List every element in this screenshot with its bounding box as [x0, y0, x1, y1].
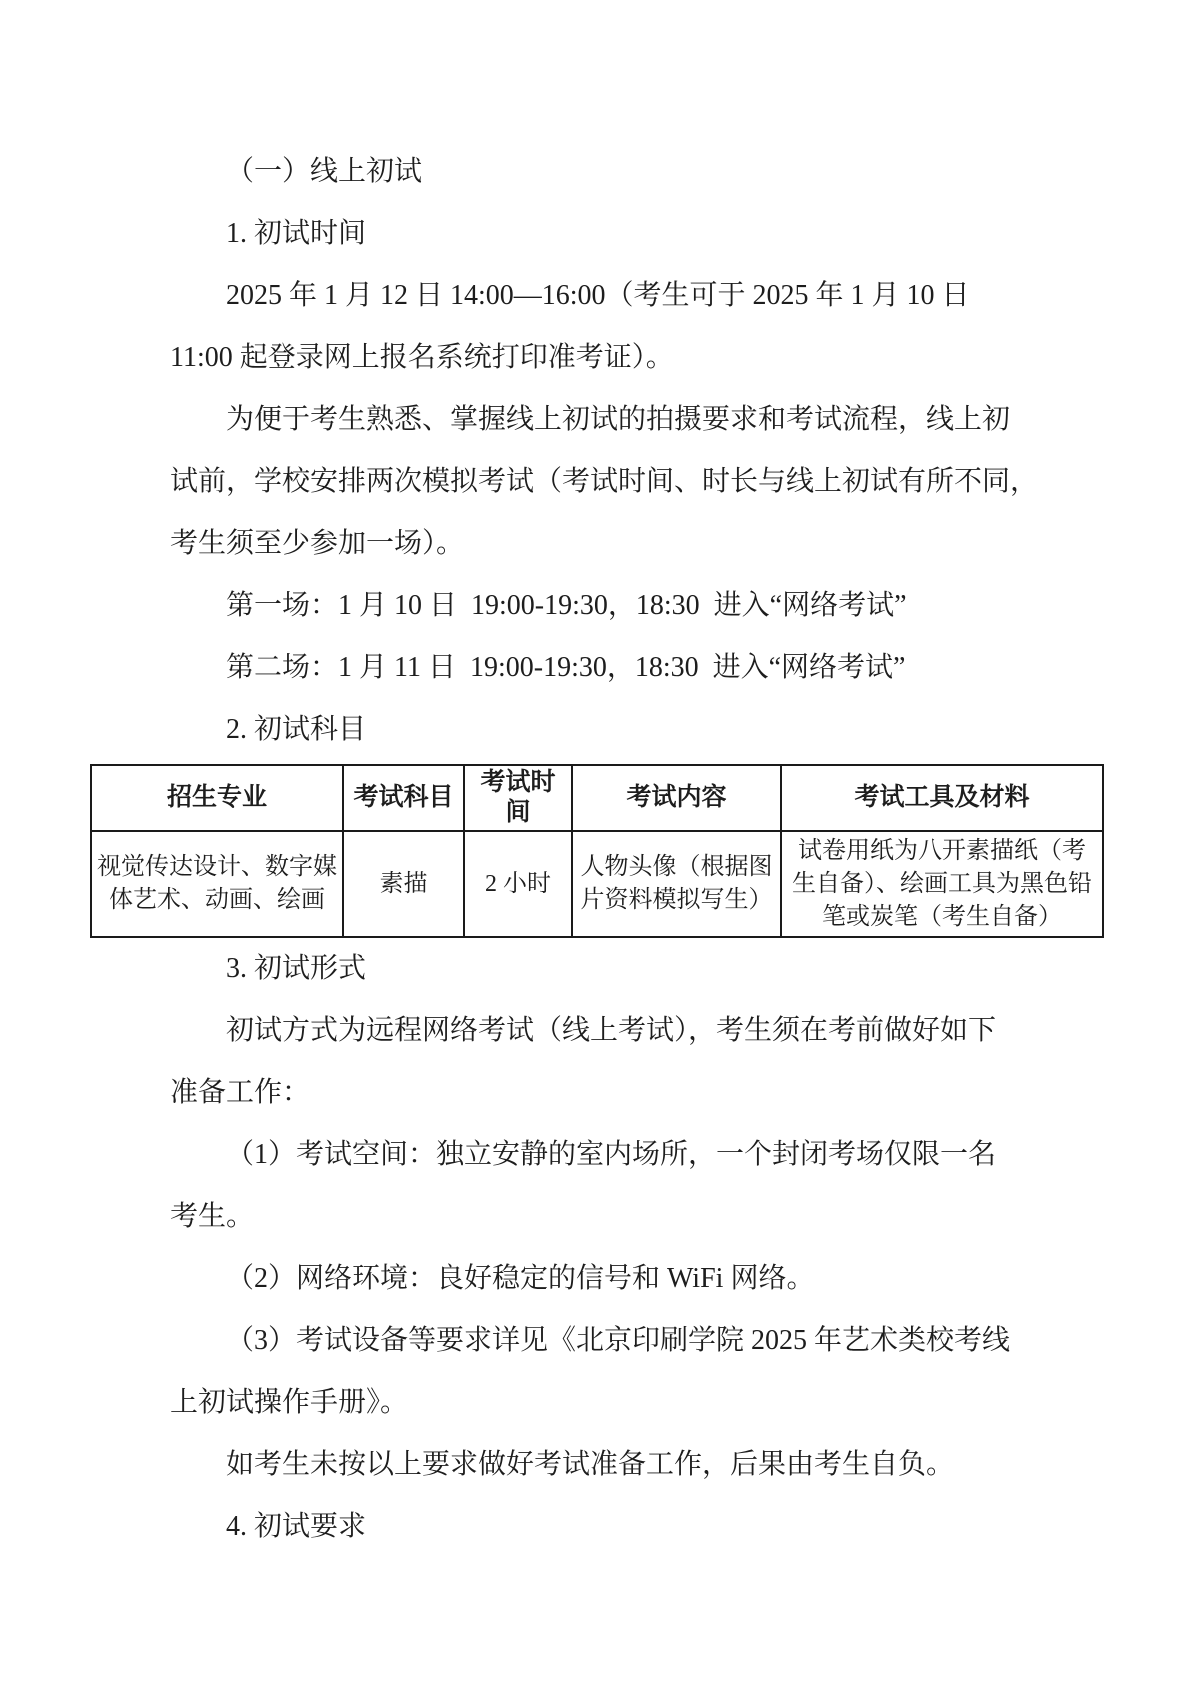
para-requirement-device-line-2: 上初试操作手册》。 [170, 1372, 1022, 1434]
para-mock-exam-line-1: 为便于考生熟悉、掌握线上初试的拍摄要求和考试流程，线上初 [170, 389, 1022, 451]
para-requirement-space-line-2: 考生。 [170, 1186, 1022, 1248]
para-mock-exam-line-2: 试前，学校安排两次模拟考试（考试时间、时长与线上初试有所不同， [170, 451, 1022, 513]
col-header-exam-subject: 考试科目 [343, 765, 464, 831]
cell-exam-tools: 试卷用纸为八开素描纸（考生自备）、绘画工具为黑色铅笔或炭笔（考生自备） [781, 831, 1103, 937]
para-requirement-space-line-1: （1）考试空间：独立安静的室内场所，一个封闭考场仅限一名 [170, 1124, 1022, 1186]
para-exam-time-line-2: 11:00 起登录网上报名系统打印准考证）。 [170, 327, 1022, 389]
para-mock-session-1: 第一场：1 月 10 日 19:00-19:30，18:30 进入“网络考试” [170, 575, 1022, 637]
para-requirement-device-line-1: （3）考试设备等要求详见《北京印刷学院 2025 年艺术类校考线 [170, 1310, 1022, 1372]
para-requirement-network: （2）网络环境：良好稳定的信号和 WiFi 网络。 [170, 1248, 1022, 1310]
col-header-enrollment-major: 招生专业 [91, 765, 343, 831]
document-body: （一）线上初试 1. 初试时间 2025 年 1 月 12 日 14:00—16… [170, 141, 1022, 1558]
table-header-row: 招生专业 考试科目 考试时间 考试内容 考试工具及材料 [91, 765, 1103, 831]
para-mock-exam-line-3: 考生须至少参加一场）。 [170, 513, 1022, 575]
document-page: （一）线上初试 1. 初试时间 2025 年 1 月 12 日 14:00—16… [0, 0, 1190, 1684]
col-header-exam-content: 考试内容 [572, 765, 781, 831]
para-exam-time-line-1: 2025 年 1 月 12 日 14:00—16:00（考生可于 2025 年 … [170, 265, 1022, 327]
cell-exam-duration: 2 小时 [464, 831, 572, 937]
heading-online-preliminary: （一）线上初试 [170, 141, 1022, 203]
para-exam-format-line-2: 准备工作： [170, 1062, 1022, 1124]
table-row: 视觉传达设计、数字媒体艺术、动画、绘画 素描 2 小时 人物头像（根据图片资料模… [91, 831, 1103, 937]
cell-enrollment-major: 视觉传达设计、数字媒体艺术、动画、绘画 [91, 831, 343, 937]
exam-subjects-table: 招生专业 考试科目 考试时间 考试内容 考试工具及材料 视觉传达设计、数字媒体艺… [90, 764, 1104, 938]
cell-exam-subject: 素描 [343, 831, 464, 937]
col-header-exam-tools: 考试工具及材料 [781, 765, 1103, 831]
heading-exam-requirements: 4. 初试要求 [170, 1496, 1022, 1558]
col-header-exam-duration: 考试时间 [464, 765, 572, 831]
para-self-responsibility-warning: 如考生未按以上要求做好考试准备工作，后果由考生自负。 [170, 1434, 1022, 1496]
heading-exam-subjects: 2. 初试科目 [170, 699, 1022, 761]
heading-exam-format: 3. 初试形式 [170, 938, 1022, 1000]
cell-exam-content: 人物头像（根据图片资料模拟写生） [572, 831, 781, 937]
para-mock-session-2: 第二场：1 月 11 日 19:00-19:30，18:30 进入“网络考试” [170, 637, 1022, 699]
para-exam-format-line-1: 初试方式为远程网络考试（线上考试），考生须在考前做好如下 [170, 1000, 1022, 1062]
heading-exam-time: 1. 初试时间 [170, 203, 1022, 265]
